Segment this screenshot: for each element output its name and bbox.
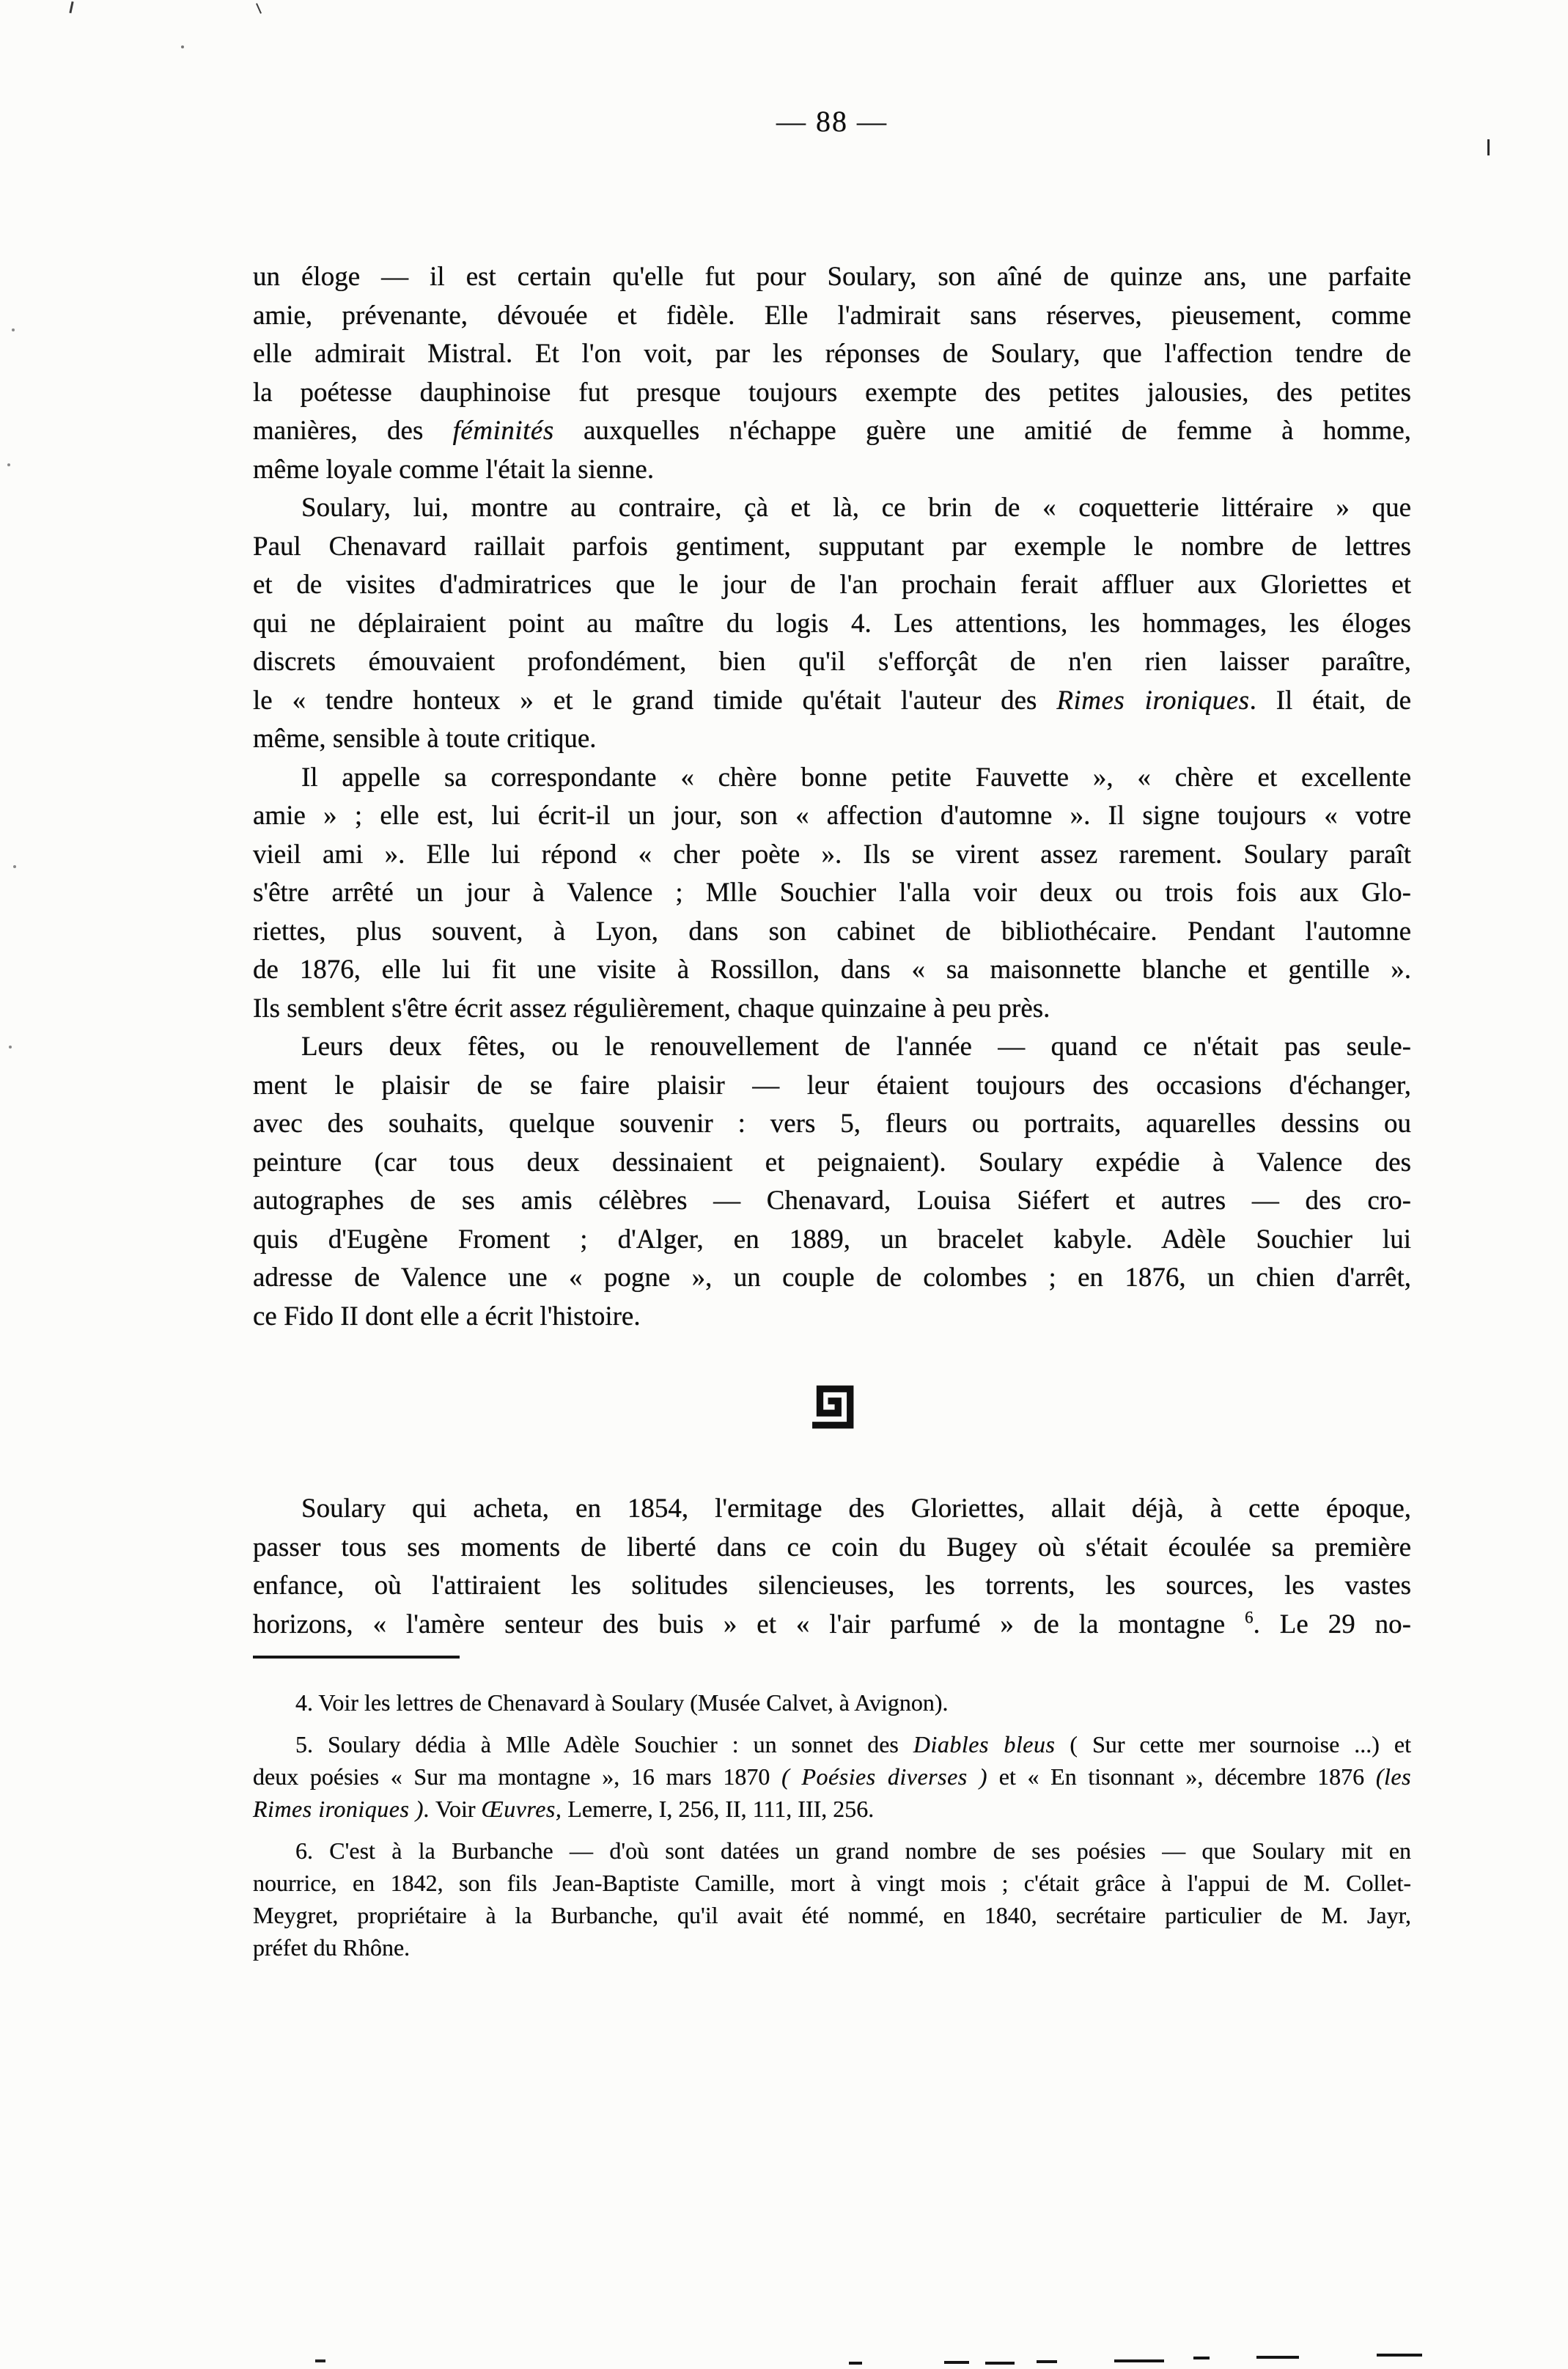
footnote-line: 5. Soulary dédia à Mlle Adèle Souchier :… [253, 1728, 1411, 1760]
text-line: avec des souhaits, quelque souvenir : ve… [253, 1105, 1411, 1144]
scan-artifact [9, 1046, 12, 1048]
footnote-line: préfet du Rhône. [253, 1931, 1411, 1964]
scan-artifact [944, 2361, 969, 2364]
text-line: passer tous ses moments de liberté dans … [253, 1529, 1411, 1568]
greek-key-ornament-icon [808, 1383, 856, 1431]
scan-artifact [849, 2362, 862, 2365]
paragraph: un éloge — il est certain qu'elle fut po… [253, 258, 1411, 489]
paragraph: Il appelle sa correspondante « chère bon… [253, 759, 1411, 1029]
text-line: amie, prévenante, dévouée et fidèle. Ell… [253, 297, 1411, 336]
footnote: 4. Voir les lettres de Chenavard à Soula… [253, 1686, 1411, 1719]
scan-artifact [1114, 2359, 1164, 2362]
text-column: — 88 — un éloge — il est certain qu'elle… [253, 0, 1411, 1964]
footnote-line: Meygret, propriétaire à la Burbanche, qu… [253, 1899, 1411, 1931]
footnote-line: nourrice, en 1842, son fils Jean-Baptist… [253, 1867, 1411, 1899]
text-line: qui ne déplairaient point au maître du l… [253, 605, 1411, 644]
text-line: riettes, plus souvent, à Lyon, dans son … [253, 913, 1411, 952]
text-line: quis d'Eugène Froment ; d'Alger, en 1889… [253, 1221, 1411, 1260]
text-line: Paul Chenavard raillait parfois gentimen… [253, 528, 1411, 567]
footnote-line: 4. Voir les lettres de Chenavard à Soula… [253, 1686, 1411, 1719]
text-line: de 1876, elle lui fit une visite à Rossi… [253, 951, 1411, 990]
text-line: enfance, où l'attiraient les solitudes s… [253, 1567, 1411, 1606]
scan-artifact [69, 1, 73, 13]
scan-artifact [315, 2359, 325, 2362]
footnote: 6. C'est à la Burbanche — d'où sont daté… [253, 1834, 1411, 1964]
scan-artifact [985, 2362, 1015, 2365]
text-line: vieil ami ». Elle lui répond « cher poèt… [253, 836, 1411, 875]
text-line: Soulary qui acheta, en 1854, l'ermitage … [253, 1490, 1411, 1529]
text-line: même, sensible à toute critique. [253, 720, 1411, 759]
text-line: manières, des féminités auxquelles n'éch… [253, 412, 1411, 451]
main-text-continued: Soulary qui acheta, en 1854, l'ermitage … [253, 1490, 1411, 1644]
section-divider [253, 1377, 1411, 1437]
text-line: Ils semblent s'être écrit assez régulièr… [253, 990, 1411, 1029]
text-line: horizons, « l'amère senteur des buis » e… [253, 1606, 1411, 1645]
text-line: Soulary, lui, montre au contraire, çà et… [253, 489, 1411, 528]
scan-artifact [1487, 139, 1490, 155]
page-number: — 88 — [253, 104, 1411, 139]
text-line: elle admirait Mistral. Et l'on voit, par… [253, 335, 1411, 374]
footnotes: 4. Voir les lettres de Chenavard à Soula… [253, 1686, 1411, 1964]
main-text: un éloge — il est certain qu'elle fut po… [253, 258, 1411, 1336]
scan-artifact [7, 463, 10, 466]
paragraph: Leurs deux fêtes, ou le renouvellement d… [253, 1028, 1411, 1336]
scanned-book-page: — 88 — un éloge — il est certain qu'elle… [0, 0, 1568, 2369]
paragraph: Soulary, lui, montre au contraire, çà et… [253, 489, 1411, 759]
footnote: 5. Soulary dédia à Mlle Adèle Souchier :… [253, 1728, 1411, 1825]
text-line: même loyale comme l'était la sienne. [253, 451, 1411, 490]
text-line: peinture (car tous deux dessinaient et p… [253, 1144, 1411, 1183]
text-line: s'être arrêté un jour à Valence ; Mlle S… [253, 874, 1411, 913]
text-line: un éloge — il est certain qu'elle fut po… [253, 258, 1411, 297]
text-line: la poétesse dauphinoise fut presque touj… [253, 374, 1411, 413]
scan-artifact [1037, 2360, 1057, 2363]
text-line: ce Fido II dont elle a écrit l'histoire. [253, 1298, 1411, 1337]
footnote-line: 6. C'est à la Burbanche — d'où sont daté… [253, 1834, 1411, 1867]
text-line: le « tendre honteux » et le grand timide… [253, 682, 1411, 721]
footnote-separator [253, 1656, 460, 1659]
scan-artifact [13, 865, 16, 868]
text-line: Leurs deux fêtes, ou le renouvellement d… [253, 1028, 1411, 1067]
text-line: amie » ; elle est, lui écrit-il un jour,… [253, 797, 1411, 836]
scan-artifact [12, 328, 15, 331]
text-line: autographes de ses amis célèbres — Chena… [253, 1182, 1411, 1221]
scan-artifact [1256, 2356, 1299, 2359]
text-line: discrets émouvaient profondément, bien q… [253, 643, 1411, 682]
footnote-line: Rimes ironiques ). Voir Œuvres, Lemerre,… [253, 1793, 1411, 1825]
text-line: adresse de Valence une « pogne », un cou… [253, 1259, 1411, 1298]
footnote-line: deux poésies « Sur ma montagne », 16 mar… [253, 1760, 1411, 1793]
paragraph: Soulary qui acheta, en 1854, l'ermitage … [253, 1490, 1411, 1644]
scan-artifact [1193, 2357, 1210, 2359]
scan-artifact [1377, 2354, 1422, 2357]
scan-artifact [181, 45, 184, 48]
text-line: ment le plaisir de se faire plaisir — le… [253, 1067, 1411, 1106]
text-line: Il appelle sa correspondante « chère bon… [253, 759, 1411, 798]
text-line: et de visites d'admiratrices que le jour… [253, 566, 1411, 605]
